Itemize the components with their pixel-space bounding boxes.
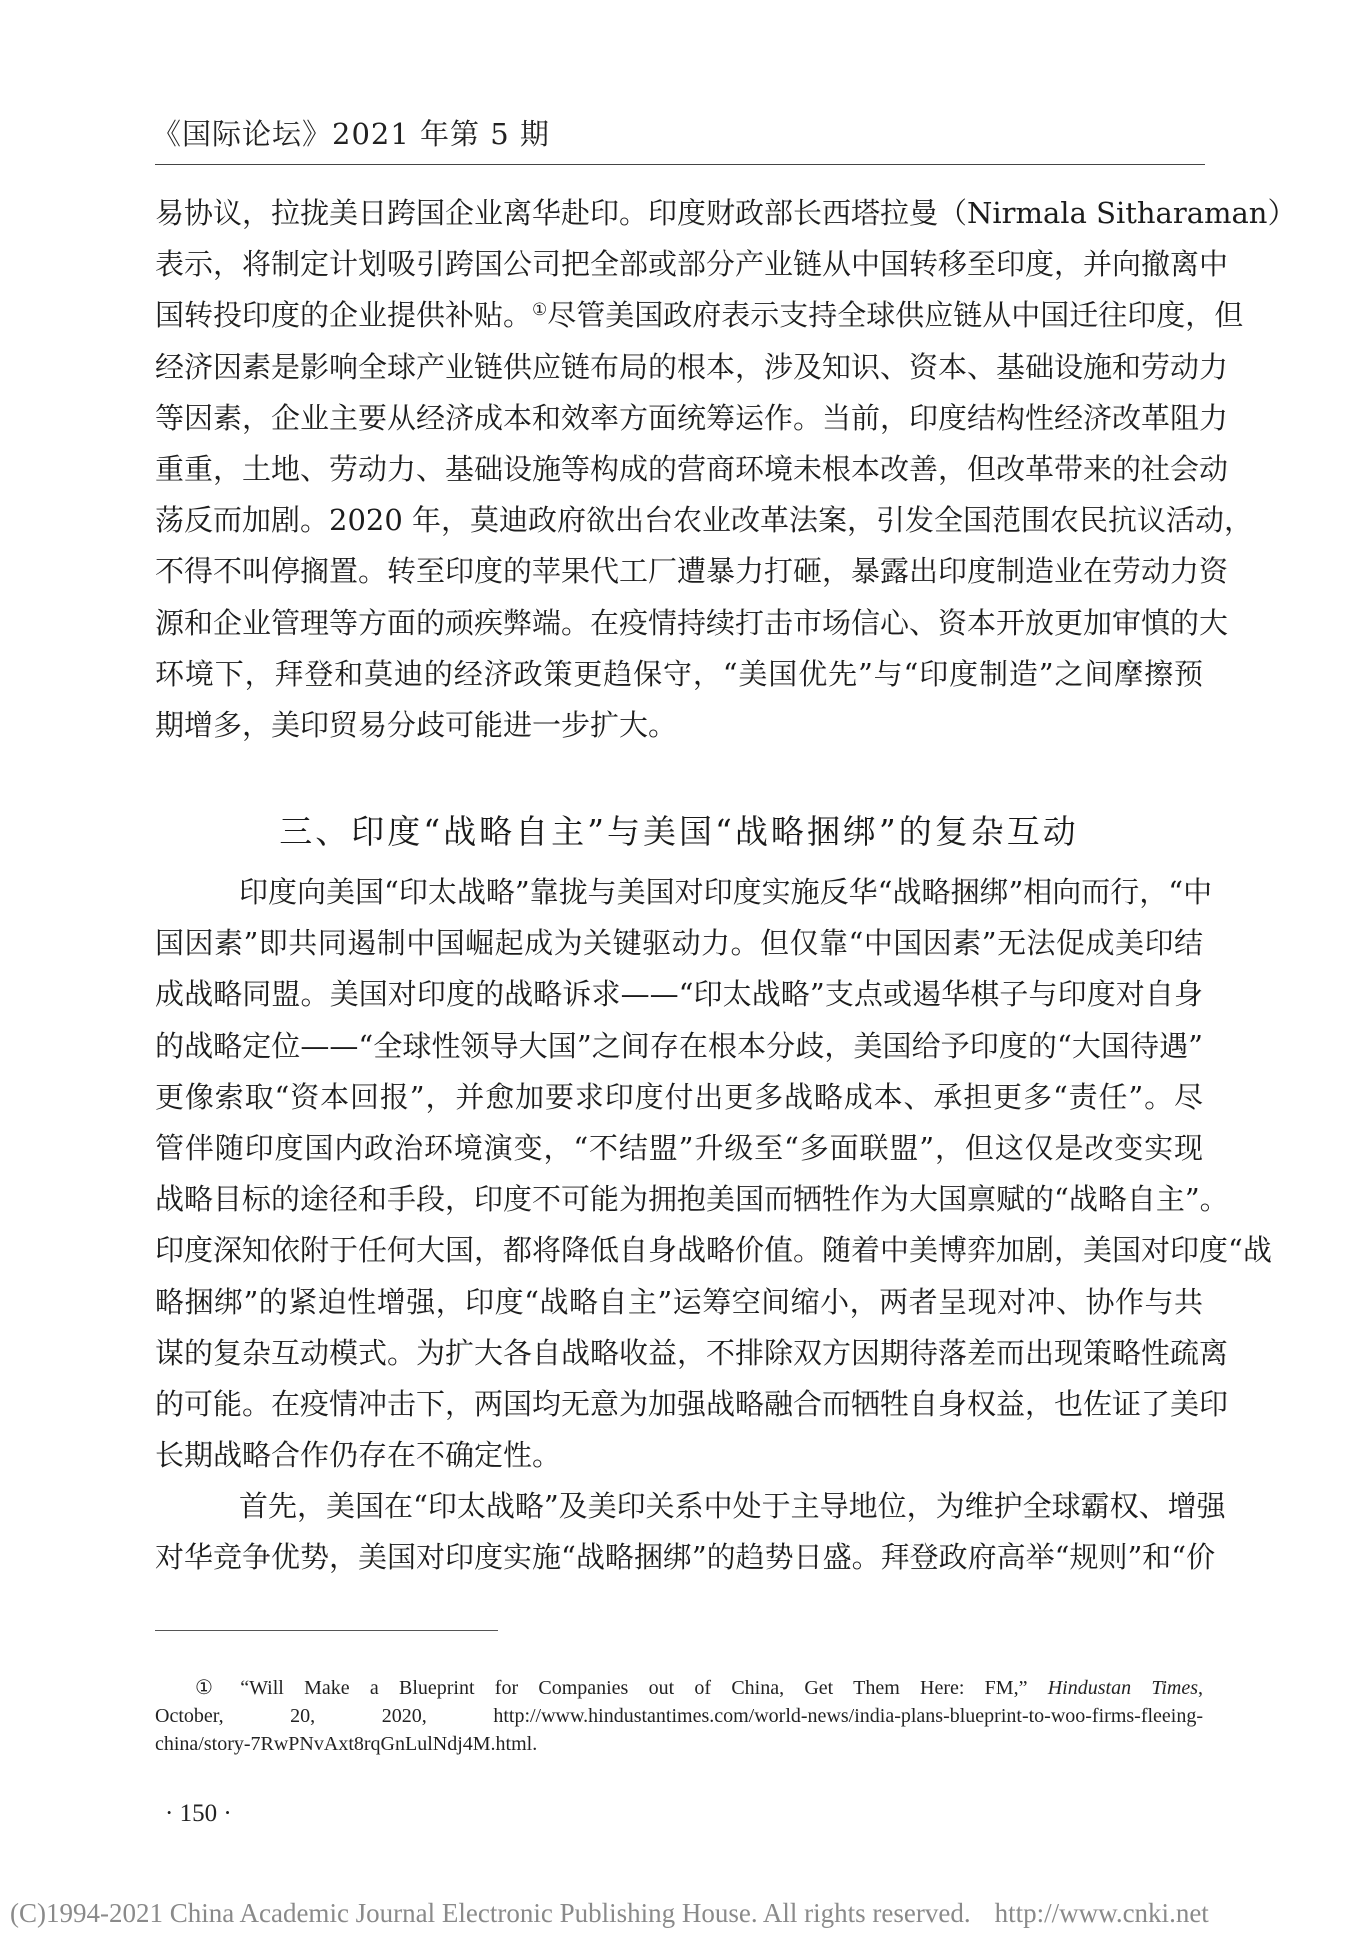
text-line: 源和企业管理等方面的顽疾弊端。在疫情持续打击市场信心、资本开放更加审慎的大 xyxy=(155,598,1203,649)
text-line: 谋的复杂互动模式。为扩大各自战略收益，不排除双方因期待落差而出现策略性疏离 xyxy=(155,1328,1203,1379)
paragraph: 印度向美国“印太战略”靠拢与美国对印度实施反华“战略捆绑”相向而行，“中 国因素… xyxy=(155,867,1203,1584)
footnote-punct: , xyxy=(1198,1677,1203,1699)
text-span: 国转投印度的企业提供补贴。 xyxy=(155,298,532,332)
page-number: · 150 · xyxy=(165,1800,232,1828)
footnote: ①“Will Make a Blueprint for Companies ou… xyxy=(155,1674,1203,1758)
text-line: 略捆绑”的紧迫性增强，印度“战略自主”运筹空间缩小，两者呈现对冲、协作与共 xyxy=(155,1277,1203,1328)
text-line: 首先，美国在“印太战略”及美印关系中处于主导地位，为维护全球霸权、增强 xyxy=(155,1481,1203,1532)
text-line: 易协议，拉拢美日跨国企业离华赴印。印度财政部长西塔拉曼（Nirmala Sith… xyxy=(155,188,1203,239)
text-line: 环境下，拜登和莫迪的经济政策更趋保守，“美国优先”与“印度制造”之间摩擦预 xyxy=(155,649,1203,700)
text-line: 战略目标的途径和手段，印度不可能为拥抱美国而牺牲作为大国禀赋的“战略自主”。 xyxy=(155,1174,1203,1225)
footnote-reference[interactable]: ① xyxy=(532,300,547,320)
text-line: 国转投印度的企业提供补贴。①尽管美国政府表示支持全球供应链从中国迁往印度，但 xyxy=(155,290,1203,341)
paragraph-continued: 易协议，拉拢美日跨国企业离华赴印。印度财政部长西塔拉曼（Nirmala Sith… xyxy=(155,188,1203,751)
section-heading: 三、印度“战略自主”与美国“战略捆绑”的复杂互动 xyxy=(155,806,1203,853)
text-line: 长期战略合作仍存在不确定性。 xyxy=(155,1430,1203,1481)
copyright-text: (C)1994-2021 China Academic Journal Elec… xyxy=(10,1898,971,1928)
header-rule xyxy=(155,164,1205,165)
text-line: 荡反而加剧。2020 年，莫迪政府欲出台农业改革法案，引发全国范围农民抗议活动， xyxy=(155,495,1203,546)
text-line: 管伴随印度国内政治环境演变，“不结盟”升级至“多面联盟”，但这仅是改变实现 xyxy=(155,1123,1203,1174)
text-line: 重重，土地、劳动力、基础设施等构成的营商环境未根本改善，但改革带来的社会动 xyxy=(155,444,1203,495)
text-line: 国因素”即共同遏制中国崛起成为关键驱动力。但仅靠“中国因素”无法促成美印结 xyxy=(155,918,1203,969)
copyright-notice: (C)1994-2021 China Academic Journal Elec… xyxy=(10,1898,1209,1929)
text-line: 表示，将制定计划吸引跨国公司把全部或部分产业链从中国转移至印度，并向撤离中 xyxy=(155,239,1203,290)
text-line: 印度向美国“印太战略”靠拢与美国对印度实施反华“战略捆绑”相向而行，“中 xyxy=(155,867,1203,918)
footnote-line[interactable]: October, 20, 2020, http://www.hindustant… xyxy=(155,1702,1203,1730)
footnote-title: “Will Make a Blueprint for Companies out… xyxy=(240,1677,1027,1699)
text-line: 的战略定位——“全球性领导大国”之间存在根本分歧，美国给予印度的“大国待遇” xyxy=(155,1021,1203,1072)
footnote-line[interactable]: china/story-7RwPNvAxt8rqGnLulNdj4M.html. xyxy=(155,1730,1203,1758)
text-line: 等因素，企业主要从经济成本和效率方面统筹运作。当前，印度结构性经济改革阻力 xyxy=(155,393,1203,444)
text-line: 经济因素是影响全球产业链供应链布局的根本，涉及知识、资本、基础设施和劳动力 xyxy=(155,342,1203,393)
cnki-link[interactable]: http://www.cnki.net xyxy=(995,1898,1209,1928)
text-line: 成战略同盟。美国对印度的战略诉求——“印太战略”支点或遏华棋子与印度对自身 xyxy=(155,969,1203,1020)
footnote-line: ①“Will Make a Blueprint for Companies ou… xyxy=(155,1674,1203,1702)
footnote-rule xyxy=(155,1630,498,1631)
text-line: 的可能。在疫情冲击下，两国均无意为加强战略融合而牺牲自身权益，也佐证了美印 xyxy=(155,1379,1203,1430)
footnote-publication: Hindustan Times xyxy=(1048,1677,1198,1699)
text-line: 不得不叫停搁置。转至印度的苹果代工厂遭暴力打砸，暴露出印度制造业在劳动力资 xyxy=(155,546,1203,597)
text-line: 印度深知依附于任何大国，都将降低自身战略价值。随着中美博弈加剧，美国对印度“战 xyxy=(155,1225,1203,1276)
text-line: 期增多，美印贸易分歧可能进一步扩大。 xyxy=(155,700,1203,751)
footnote-marker: ① xyxy=(195,1677,228,1699)
text-line: 对华竞争优势，美国对印度实施“战略捆绑”的趋势日盛。拜登政府高举“规则”和“价 xyxy=(155,1532,1203,1583)
text-line: 更像索取“资本回报”，并愈加要求印度付出更多战略成本、承担更多“责任”。尽 xyxy=(155,1072,1203,1123)
running-head: 《国际论坛》2021 年第 5 期 xyxy=(152,112,550,153)
text-span: 尽管美国政府表示支持全球供应链从中国迁往印度，但 xyxy=(547,298,1243,332)
